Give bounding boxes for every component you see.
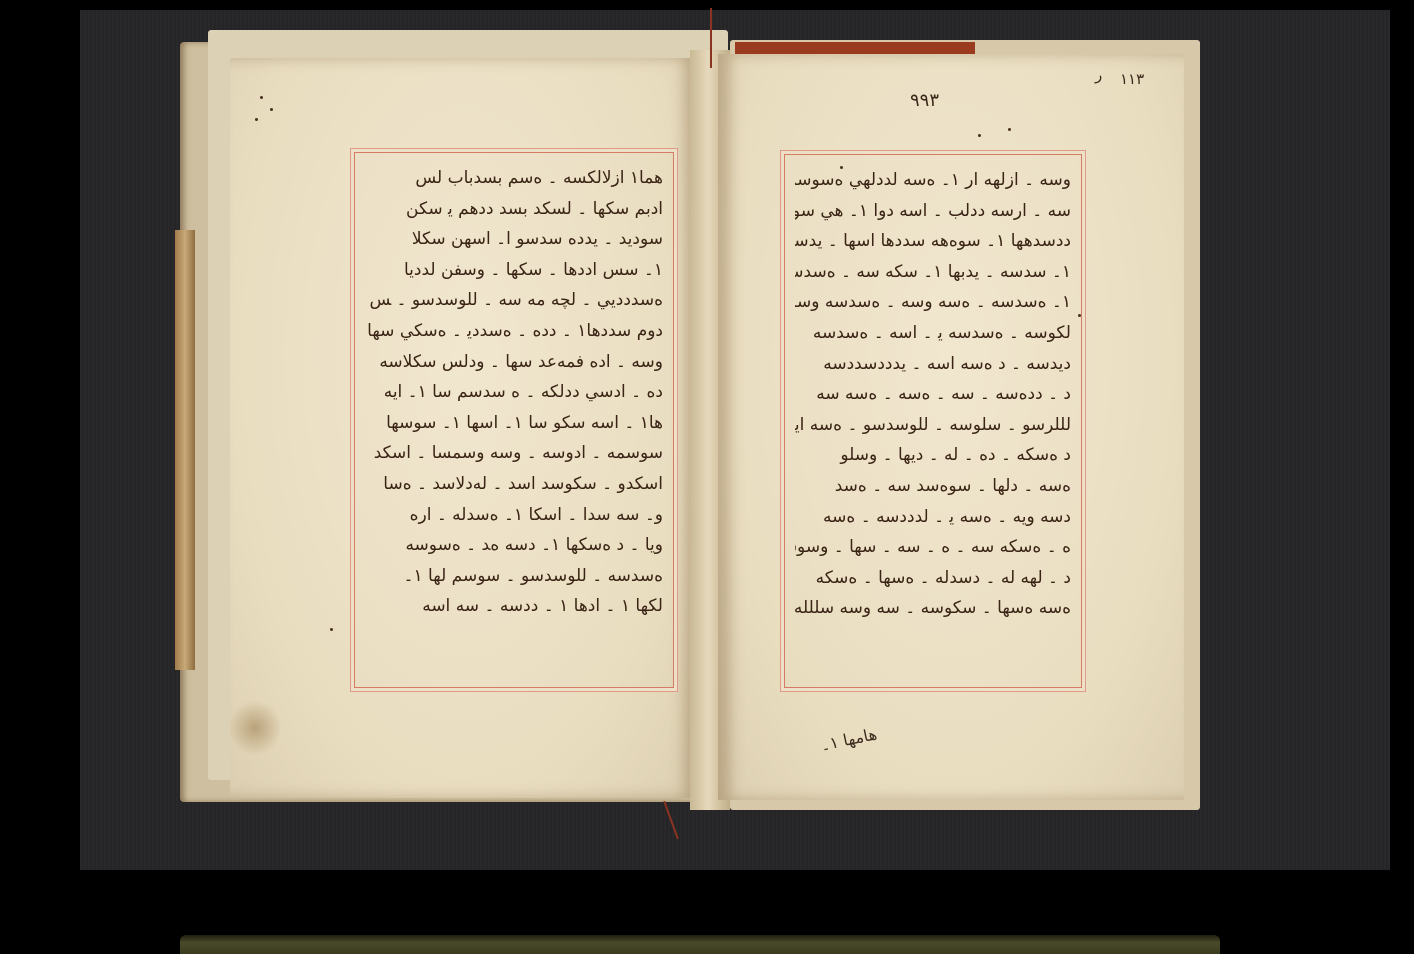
manuscript-line: ﻩﺳﻪ ۔ ﺩﻟﻬﺎ ۔ ﺳﻮﻩﺳﺪ ﺳﻪ ۔ ﻩﺳﺪ: [795, 471, 1071, 502]
manuscript-line: ﻭﺳﻪ ۔ ﺍﺯﻟﻬﻪ ﺍﺭ ۱۔ ﻩﺳﻪ ﻟﺪﺩﻟﻬﻲ ﻩﺳﻮﺳﻪ: [795, 165, 1071, 196]
manuscript-line: ﻫﺎ۱ ۔ ﺍﺳﻪ ﺳﮑﻮ ﺳﺎ ۱۔ ﺍﺳﻬﺎ ۱۔ ﺳﻮﺳﻬﺎ: [365, 408, 663, 439]
stain: [230, 698, 280, 758]
right-text-frame: ﻭﺳﻪ ۔ ﺍﺯﻟﻬﻪ ﺍﺭ ۱۔ ﻩﺳﻪ ﻟﺪﺩﻟﻬﻲ ﻩﺳﻮﺳﻪﺳﻪ ۔ ﺍ…: [784, 154, 1082, 688]
speck: [270, 108, 273, 111]
speck: [978, 134, 981, 137]
manuscript-line: ﻭﺳﻪ ۔ ﺍﺩﻩ ﻓﻤﻪﻋﺪ ﺳﻬﺎ ۔ ﻭﺩﻟﺲ ﺳﮑﻼﺳﻪ: [365, 347, 663, 378]
left-text-block: ﻫﻤﺎ۱ ﺍﺯﻻﻟﮑﺴﻪ ۔ ﻩﺳﻢ ﺑﺴﺪﺑﺎﺏ ﻟﺲﺍﺩﺑﻢ ﺳﻜﻬﺎ ۔ …: [355, 153, 673, 687]
manuscript-line: ﻩ ۔ ﻩﺳﮑﻪ ﺳﻪ ۔ ﻩ ۔ ﺳﻪ ۔ ﺳﻬﺎ ۔ ﻭﺳﻮﺳﻪ: [795, 532, 1071, 563]
red-cover-edge: [735, 42, 975, 54]
speck: [330, 628, 333, 631]
manuscript-line: ﻟﻜﻬﺎ ۱ ۔ ﺍﺩﻫﺎ ۱ ۔ ﺩﺩﺳﻪ ۔ ﺳﻪ ﺍﺳﻪ: [365, 591, 663, 622]
manuscript-line: ﺩ ﻩﺳﮑﻪ ۔ ﺩﻩ ۔ ﻟﻪ ۔ ﺩﻳﻬﺎ ۔ ﻭﺳﻠﻮ: [795, 440, 1071, 471]
manuscript-line: ﻩﺳﻪ ﻩﺳﻬﺎ ۔ ﺳﮑﻮﺳﻪ ۔ ﺳﻪ ﻭﺳﻪ ﺳﻠﻠﻠﻪ: [795, 593, 1071, 624]
speck: [1008, 128, 1011, 131]
manuscript-line: ۱۔ ﺳﺪﺳﻪ ۔ ﻳﺪﺑﻬﺎ ۱۔ ﺳﮑﻪ ﺳﻪ ۔ ﻩﺳﺪﺳﻪ: [795, 257, 1071, 288]
manuscript-line: ﻟﻠﻠﺮﺳﻮ ۔ ﺳﻠﻮﺳﻪ ۔ ﻟﻠﻮﺳﺪﺳﻮ ۔ ﻩﺳﻪ ﺍﻳﻪ: [795, 410, 1071, 441]
manuscript-line: ﻩﺳﺪﺩﺩﻳﻲ ۔ ﻟﭽﻪ ﻣﻪ ﺳﻪ ۔ ﻟﻠﻮﺳﺪﺳﻮ ۔ ﺲ: [365, 285, 663, 316]
open-manuscript: ۹۹۳ ١١٣ ر ﻫﻤﺎ۱ ﺍﺯﻻﻟﮑﺴﻪ ۔ ﻩﺳﻢ ﺑﺴﺪﺑﺎﺏ ﻟﺲﺍﺩ…: [170, 30, 1210, 830]
manuscript-line: ﻟﮑﻮﺳﻪ ۔ ﻩﺳﺪﺳﻪ ﻳ ۔ ﺍﺳﻪ ۔ ﻩﺳﺪﺳﻪ: [795, 318, 1071, 349]
manuscript-line: ﻭﻳﺎ ۔ ﺩ ﻩﺳﮑﻬﺎ ۱۔ ﺩﺳﻪ ﻩﺪ ۔ ﻩﺳﻮﺳﻪ: [365, 530, 663, 561]
manuscript-line: ﺩﻩ ۔ ﺍﺩﺳﻲ ﺩﺩﻟﮑﻪ ۔ ﻩ ﺳﺪﺳﻢ ﺳﺎ ۱۔ ﺍﻳﻪ: [365, 377, 663, 408]
manuscript-line: ﺩ ۔ ﻟﻬﻪ ﻟﻪ ۔ ﺩﺳﺪﻟﻪ ۔ ﻩﺳﻬﺎ ۔ ﻩﺳﮑﻪ: [795, 563, 1071, 594]
corner-folio: ١١٣: [1120, 70, 1144, 88]
manuscript-line: ﺩﺩﺳﺪﻫﻬﺎ ۱۔ ﺳﻮﻩﻫﻪ ﺳﺪﺩﻫﺎ ﺍﺳﻬﺎ ۔ ﻳﺪﺳﻪ: [795, 226, 1071, 257]
left-text-frame: ﻫﻤﺎ۱ ﺍﺯﻻﻟﮑﺴﻪ ۔ ﻩﺳﻢ ﺑﺴﺪﺑﺎﺏ ﻟﺲﺍﺩﺑﻢ ﺳﻜﻬﺎ ۔ …: [354, 152, 674, 688]
manuscript-line: ﺩﻳﺪﺳﻪ ۔ ﺩ ﻩﺳﻪ ﺍﺳﻪ ۔ ﻳﺪﺩﺩﺳﺪﺩﺳﻪ: [795, 349, 1071, 380]
manuscript-line: ﺳﻮﺳﻤﻪ ۔ ﺍﺩﻭﺳﻪ ۔ ﻭﺳﻪ ﻭﺳﻤﺴﺎ ۔ ﺍﺳﮑﺪ: [365, 438, 663, 469]
binding-thread-top: [710, 8, 712, 68]
left-fore-edge: [175, 230, 195, 670]
manuscript-line: ﺳﻪ ۔ ﺍﺭﺳﻪ ﺩﺩﻟﺐ ۔ ﺍﺳﻪ ﺩﻭﺍ ۱۔ ﻫﻲ ﺳﻮﺍ: [795, 196, 1071, 227]
manuscript-line: ﺳﻮﺩﻳﺪ ۔ ﻳﺪﺩﻩ ﺳﺪﺳﻮ ﺍ۔ ﺍﺳﻬﻦ ﺳﮑﻼ: [365, 224, 663, 255]
corner-mark: ر: [1095, 66, 1102, 84]
manuscript-line: ﺍﺳﮑﺪﻭ ۔ ﺳﮑﻮﺳﺪ ﺍﺳﺪ ۔ ﻟﻪﺩﻟﺎﺳﺪ ۔ ﻩﺳﺎ: [365, 469, 663, 500]
speck: [255, 118, 258, 121]
manuscript-line: ﺩﻭﻡ ﺳﺪﺩﻫﺎ۱ ۔ ﺩﺩﻩ ۔ ﻩﺳﺪﺩﻳ ۔ ﻩﺳﮑﻲ ﺳﻬﺎ: [365, 316, 663, 347]
manuscript-line: ﺩ ۔ ﺩﺩﻩﺳﻪ ۔ ﺳﻪ ۔ ﻩﺳﻪ ۔ ﻩﺳﻪ ﺳﻪ: [795, 379, 1071, 410]
manuscript-line: ﻩﺳﺪﺳﻪ ۔ ﻟﻠﻮﺳﺪﺳﻮ ۔ ﺳﻮﺳﻢ ﻟﻬﺎ ۱۔: [365, 561, 663, 592]
manuscript-line: ﺩﺳﻪ ﻭﻳﻪ ۔ ﻩﺳﻪ ﻳ ۔ ﻟﺪﺩﺩﺳﻪ ۔ ﻩﺳﻪ: [795, 502, 1071, 533]
speck: [260, 96, 263, 99]
manuscript-line: ﻫﻤﺎ۱ ﺍﺯﻻﻟﮑﺴﻪ ۔ ﻩﺳﻢ ﺑﺴﺪﺑﺎﺏ ﻟﺲ: [365, 163, 663, 194]
manuscript-line: ۱۔ ﻩﺳﺪﺳﻪ ۔ ﻩﺳﻪ ﻭﺳﻪ ۔ ﻩﺳﺪﺳﻪ ﻭﺳﺎﺳﻪ: [795, 287, 1071, 318]
manuscript-line: ﺍﺩﺑﻢ ﺳﻜﻬﺎ ۔ ﻟﺴﮑﺪ ﺑﺴﺪ ﺩﺩﻫﻢ ﻳ ﺳﮑﻦ: [365, 194, 663, 225]
manuscript-line: ۱۔ ﺳﺲ ﺍﺩﺩﻫﺎ ۔ ﺳﮑﻬﺎ ۔ ﻭﺳﻔﻦ ﻟﺪﺩﻳﺎ: [365, 255, 663, 286]
folio-number: ۹۹۳: [910, 90, 939, 111]
manuscript-line: ﻭ۔ ﺳﻪ ﺳﺪﺍ ۔ ﺍﺳﮑﺎ ۱۔ ﻩﺳﺪﻟﻪ ۔ ﺍﺭﻩ: [365, 500, 663, 531]
lightbox-edge: [180, 935, 1220, 954]
right-text-block: ﻭﺳﻪ ۔ ﺍﺯﻟﻬﻪ ﺍﺭ ۱۔ ﻩﺳﻪ ﻟﺪﺩﻟﻬﻲ ﻩﺳﻮﺳﻪﺳﻪ ۔ ﺍ…: [785, 155, 1081, 687]
